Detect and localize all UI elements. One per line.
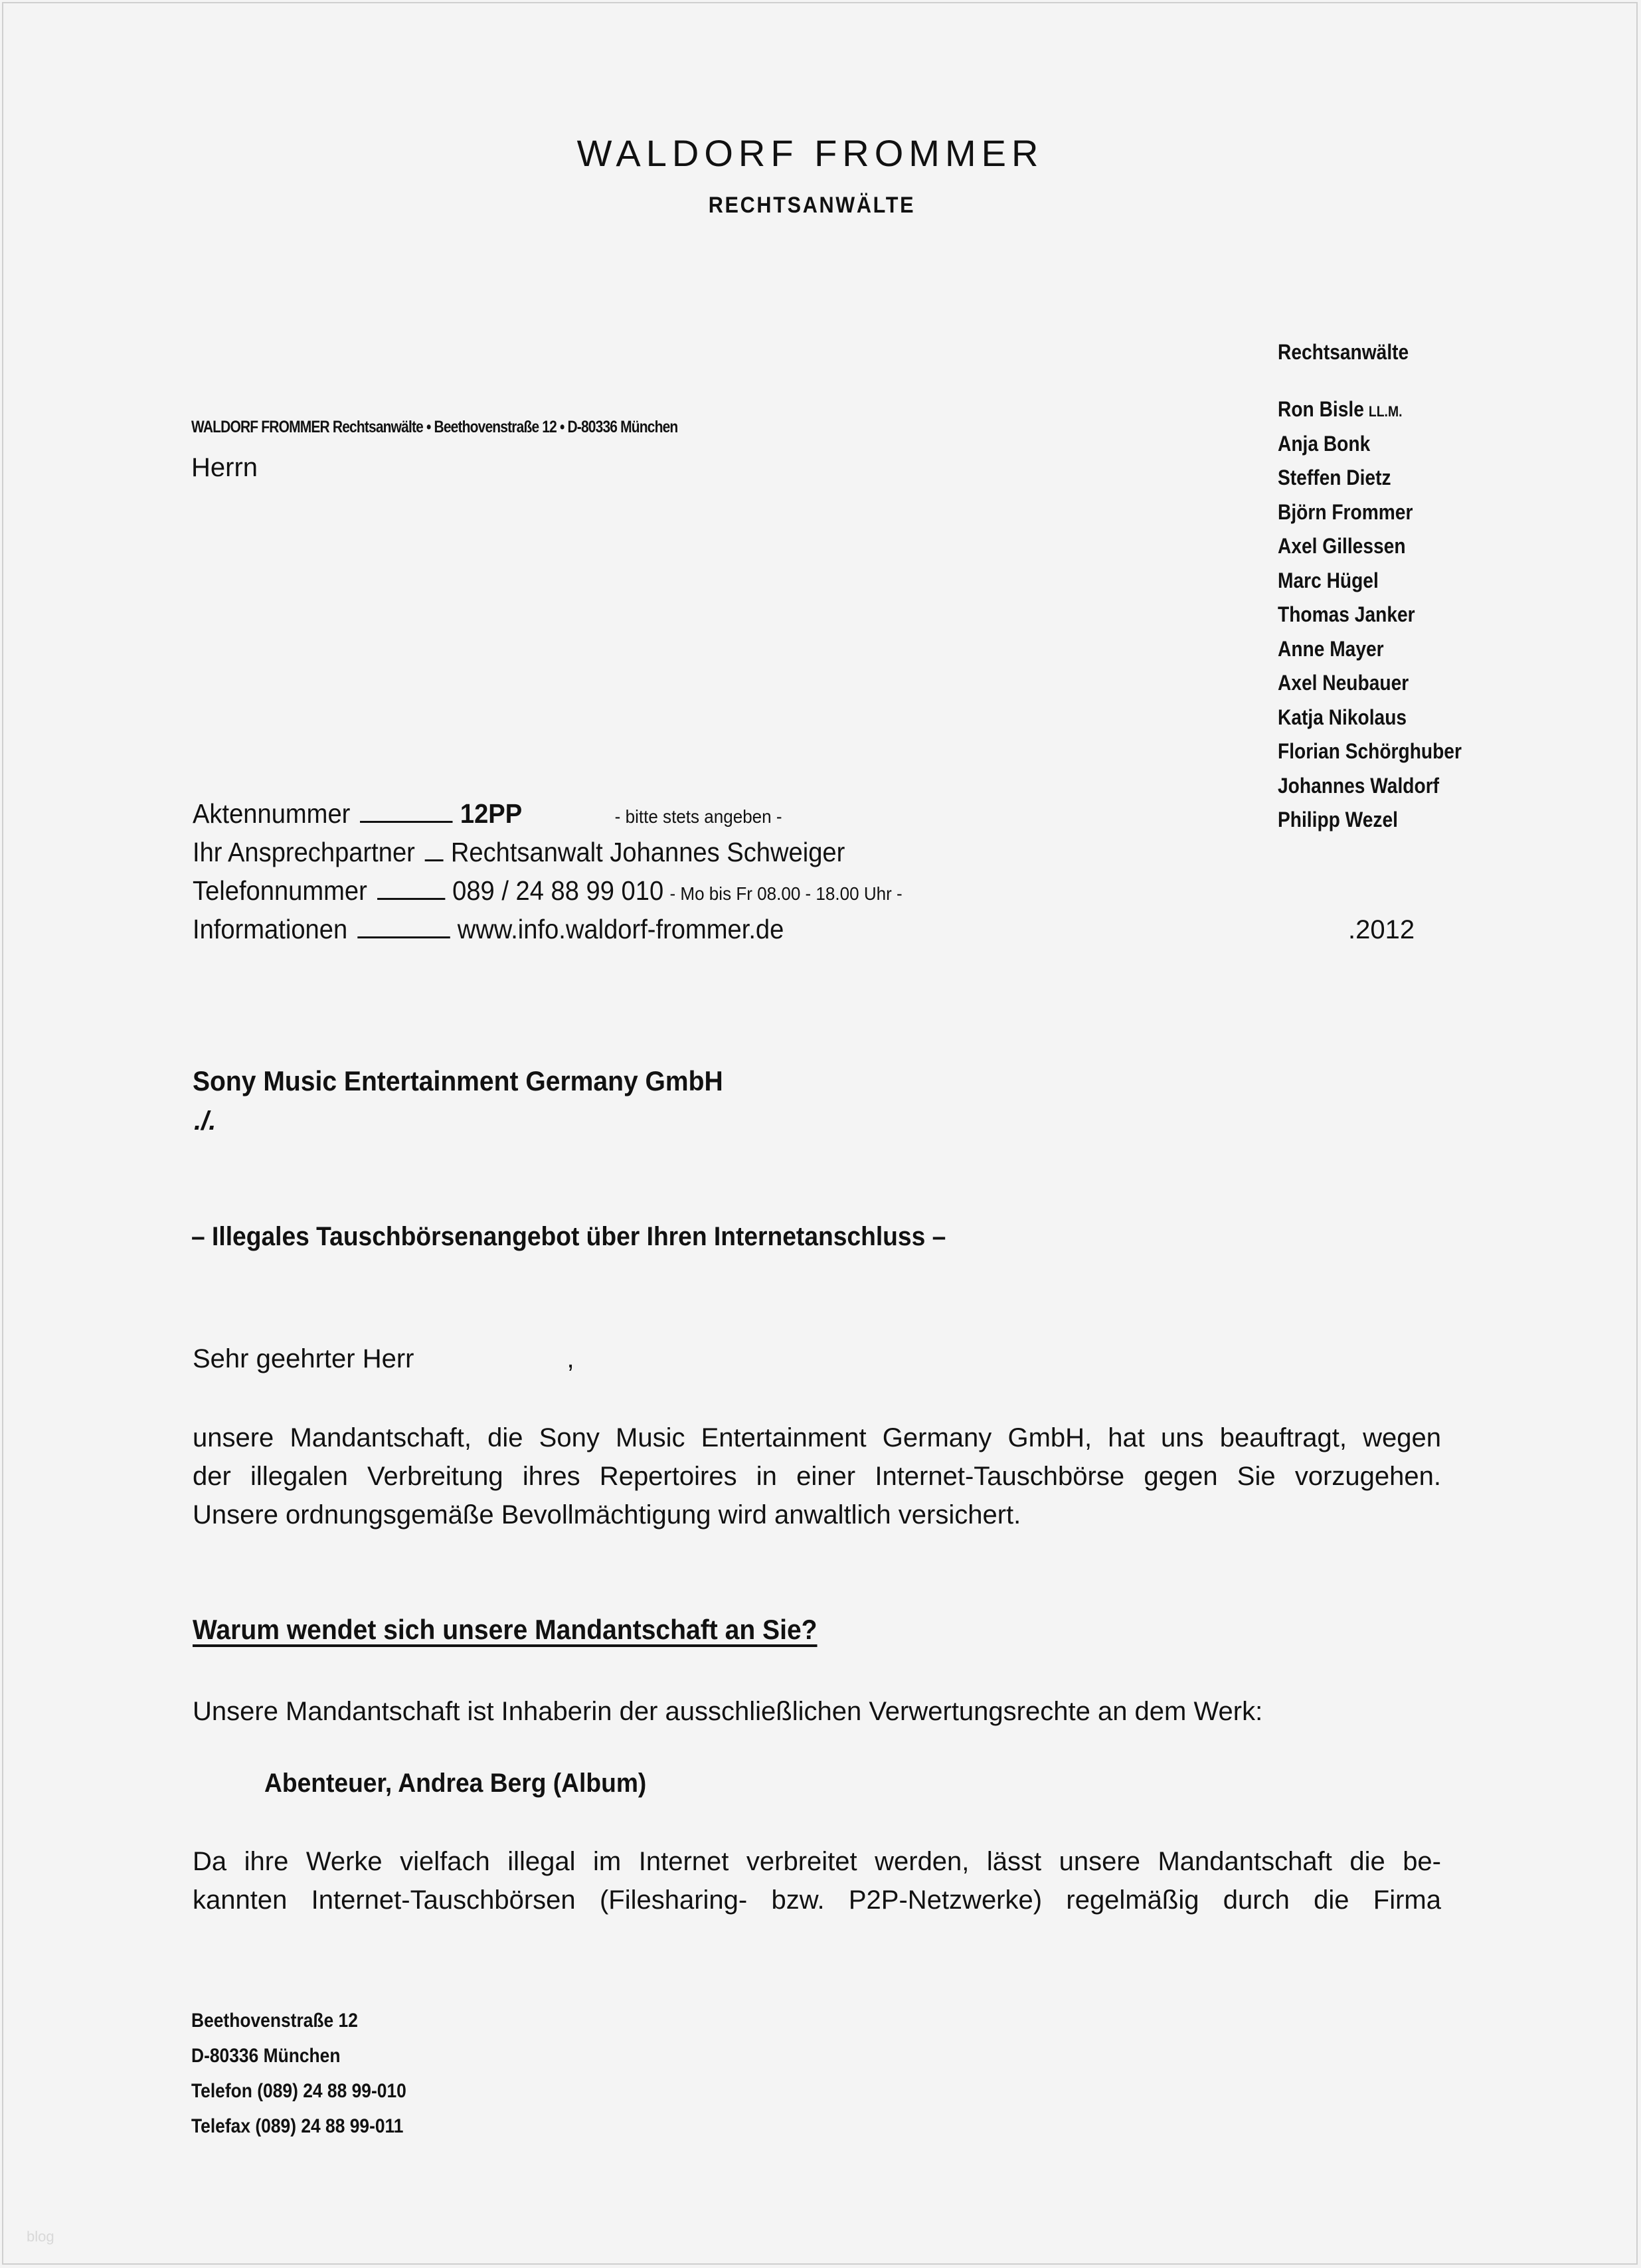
reference-row-file-number: Aktennummer 12PP - bitte stets angeben - [193,794,903,833]
file-number-label: Aktennummer [193,794,350,833]
lawyer-items: Ron BisleLL.M.Anja BonkSteffen DietzBjör… [1278,393,1462,837]
footer-phone: Telefon (089) 24 88 99-010 [191,2073,406,2109]
reference-row-contact: Ihr Ansprechpartner Rechtsanwalt Johanne… [193,833,903,871]
footer-address: Beethovenstraße 12 D-80336 München Telef… [191,2003,406,2144]
paragraph-monitoring: Da ihre Werke vielfach illegal im Intern… [193,1842,1441,1919]
lawyer-item: Björn Frommer [1278,495,1462,530]
contact-label: Ihr Ansprechpartner [193,833,415,871]
reference-block: Aktennummer 12PP - bitte stets angeben -… [193,794,903,948]
lawyer-name: Anja Bonk [1278,432,1370,456]
file-number-note: - bitte stets angeben - [615,798,782,836]
lawyer-name: Johannes Waldorf [1278,774,1439,798]
lawyer-item: Anne Mayer [1278,632,1462,667]
footer-fax: Telefax (089) 24 88 99-011 [191,2109,406,2144]
lawyer-name: Björn Frommer [1278,500,1413,524]
footer-street: Beethovenstraße 12 [191,2003,406,2038]
versus-mark: ./. [194,1106,216,1136]
lawyer-name: Axel Gillessen [1278,534,1406,558]
watermark: blog [27,2228,54,2245]
paragraph-line: Unsere ordnungsgemäße Bevollmächtigung w… [193,1496,1441,1534]
paragraph-line: Da ihre Werke vielfach illegal im Intern… [193,1842,1441,1881]
lawyer-item: Thomas Janker [1278,598,1462,632]
lawyer-item: Anja Bonk [1278,427,1462,462]
fill-line [357,936,450,938]
greeting: Sehr geehrter Herr, [193,1344,574,1374]
info-url: www.info.waldorf-frommer.de [458,910,784,948]
reference-row-info: Informationen www.info.waldorf-frommer.d… [193,910,903,948]
lawyer-item: Johannes Waldorf [1278,769,1462,804]
fill-line [360,820,452,823]
paragraph-line: unsere Mandantschaft, die Sony Music Ent… [193,1419,1441,1457]
lawyer-name: Steffen Dietz [1278,466,1391,489]
lawyer-item: Axel Neubauer [1278,666,1462,701]
paragraph-line: kannten Internet-Tauschbörsen (Fileshari… [193,1881,1441,1919]
reference-row-phone: Telefonnummer 089 / 24 88 99 010 - Mo bi… [193,871,903,910]
lawyer-name: Thomas Janker [1278,602,1415,626]
paragraph-rights: Unsere Mandantschaft ist Inhaberin der a… [193,1692,1441,1731]
lawyer-item: Philipp Wezel [1278,803,1462,837]
recipient-salutation: Herrn [191,453,258,483]
greeting-comma: , [566,1344,574,1373]
info-label: Informationen [193,910,347,948]
paragraph-line: der illegalen Verbreitung ihres Repertoi… [193,1457,1441,1496]
lawyer-title-suffix: LL.M. [1369,403,1403,420]
phone-label: Telefonnummer [193,871,367,910]
paragraph-line: Unsere Mandantschaft ist Inhaberin der a… [193,1692,1441,1731]
lawyers-list: Rechtsanwälte Ron BisleLL.M.Anja BonkSte… [1278,340,1462,837]
lawyers-heading: Rechtsanwälte [1278,340,1462,365]
lawyer-item: Axel Gillessen [1278,529,1462,564]
phone-value: 089 / 24 88 99 010 [452,871,663,910]
footer-city: D-80336 München [191,2038,406,2073]
fill-line [425,859,444,861]
lawyer-name: Katja Nikolaus [1278,705,1407,729]
greeting-text: Sehr geehrter Herr [193,1344,414,1373]
lawyer-name: Philipp Wezel [1278,808,1398,831]
lawyer-name: Ron Bisle [1278,397,1364,421]
firm-subtitle: RECHTSANWÄLTE [81,193,1543,218]
file-number-value: 12PP [460,794,522,833]
lawyer-name: Anne Mayer [1278,637,1384,661]
firm-name: WALDORF FROMMER [0,131,1620,175]
lawyer-item: Marc Hügel [1278,564,1462,598]
lawyer-item: Ron BisleLL.M. [1278,393,1462,427]
sender-return-address: WALDORF FROMMER Rechtsanwälte • Beethove… [191,418,677,437]
lawyer-name: Axel Neubauer [1278,671,1409,695]
lawyer-item: Florian Schörghuber [1278,735,1462,769]
subject-line: – Illegales Tauschbörsenangebot über Ihr… [191,1222,946,1252]
contact-value: Rechtsanwalt Johannes Schweiger [451,833,845,871]
client-party: Sony Music Entertainment Germany GmbH [193,1065,723,1097]
fill-line [377,897,445,900]
letter-date: .2012 [1348,915,1415,945]
phone-hours-note: - Mo bis Fr 08.00 - 18.00 Uhr - [669,875,902,913]
lawyer-item: Katja Nikolaus [1278,701,1462,735]
lawyer-item: Steffen Dietz [1278,461,1462,495]
section-heading: Warum wendet sich unsere Mandantschaft a… [193,1614,818,1646]
work-title: Abenteuer, Andrea Berg (Album) [264,1769,646,1798]
lawyer-name: Florian Schörghuber [1278,739,1462,763]
lawyer-name: Marc Hügel [1278,568,1379,592]
paragraph-mandate: unsere Mandantschaft, die Sony Music Ent… [193,1419,1441,1534]
